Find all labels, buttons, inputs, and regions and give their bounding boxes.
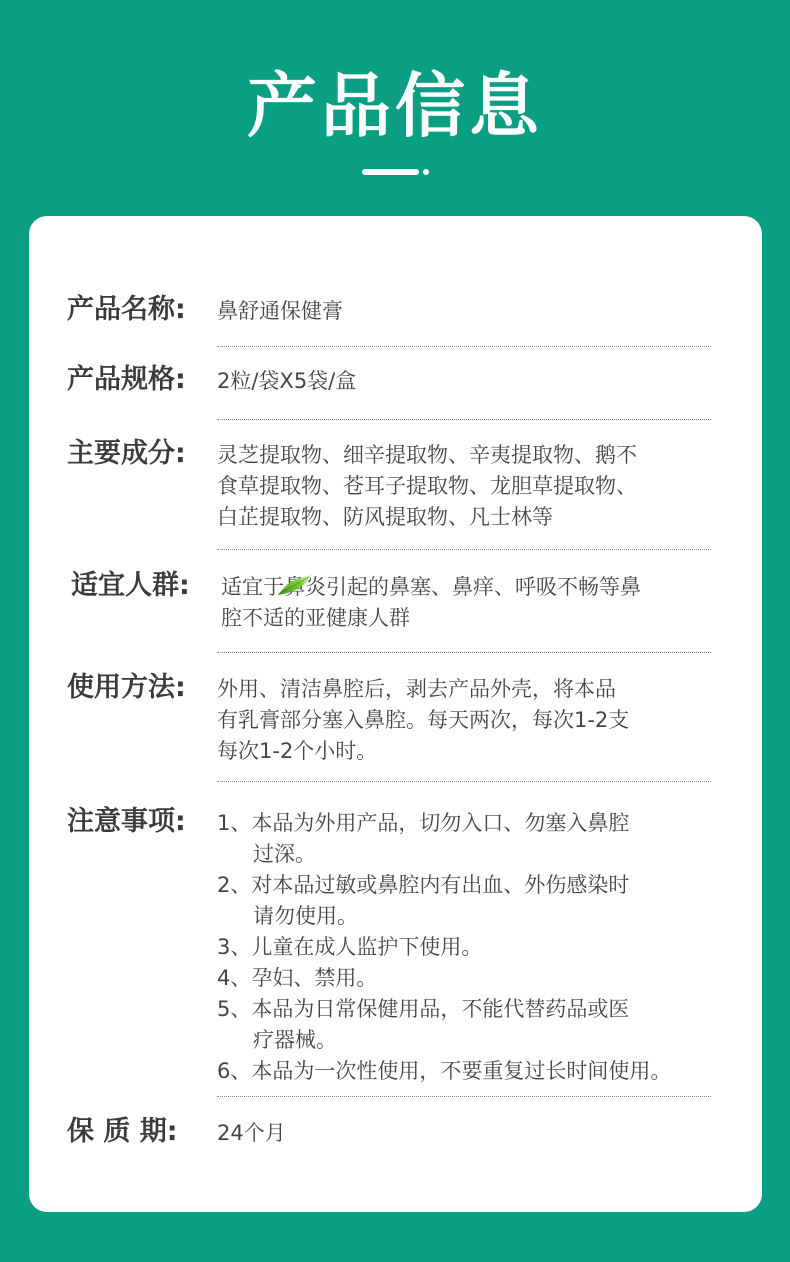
divider	[217, 781, 711, 782]
field-value: 外用、清洁鼻腔后，剥去产品外壳，将本品 有乳膏部分塞入鼻腔。每天两次，每次1-2…	[217, 674, 737, 767]
divider	[217, 1096, 711, 1097]
divider	[217, 652, 711, 653]
value-line: 外用、清洁鼻腔后，剥去产品外壳，将本品	[217, 674, 737, 705]
field-label: 注意事项:	[67, 806, 186, 838]
value-line: 腔不适的亚健康人群	[221, 603, 741, 634]
value-line: 鼻舒通保健膏	[217, 296, 737, 327]
field-value: 灵芝提取物、细辛提取物、辛夷提取物、鹅不 食草提取物、苍耳子提取物、龙胆草提取物…	[217, 440, 737, 533]
note-item-continued: 疗器械。	[217, 1025, 737, 1056]
note-item: 6、本品为一次性使用，不要重复过长时间使用。	[217, 1056, 737, 1087]
value-line: 每次1-2个小时。	[217, 736, 737, 767]
field-label: 主要成分:	[67, 438, 186, 470]
divider	[217, 419, 711, 420]
underline-bar	[362, 169, 419, 175]
value-line: 灵芝提取物、细辛提取物、辛夷提取物、鹅不	[217, 440, 737, 471]
title-underline-decoration	[362, 169, 432, 176]
note-item: 1、本品为外用产品，切勿入口、勿塞入鼻腔	[217, 808, 737, 839]
value-line: 2粒/袋X5袋/盒	[217, 366, 737, 397]
value-line: 有乳膏部分塞入鼻腔。每天两次，每次1-2支	[217, 705, 737, 736]
divider	[217, 549, 711, 550]
value-line: 食草提取物、苍耳子提取物、龙胆草提取物、	[217, 471, 737, 502]
note-item-continued: 过深。	[217, 839, 737, 870]
page-title: 产品信息	[0, 64, 790, 148]
field-label: 产品名称:	[67, 294, 186, 326]
underline-dot	[423, 169, 429, 175]
field-value: 24个月	[217, 1118, 737, 1149]
note-item: 3、儿童在成人监护下使用。	[217, 932, 737, 963]
field-value: 鼻舒通保健膏	[217, 296, 737, 327]
field-label: 使用方法:	[67, 672, 186, 704]
value-line: 24个月	[217, 1118, 737, 1149]
divider	[217, 346, 711, 347]
leaf-icon	[276, 573, 316, 593]
field-label: 保 质 期:	[67, 1116, 178, 1148]
field-label: 产品规格:	[67, 364, 186, 396]
value-line: 白芷提取物、防风提取物、凡士林等	[217, 502, 737, 533]
field-label: 适宜人群:	[71, 570, 190, 602]
note-item-continued: 请勿使用。	[217, 901, 737, 932]
field-value: 1、本品为外用产品，切勿入口、勿塞入鼻腔 过深。 2、对本品过敏或鼻腔内有出血、…	[217, 808, 737, 1087]
field-value: 2粒/袋X5袋/盒	[217, 366, 737, 397]
note-item: 2、对本品过敏或鼻腔内有出血、外伤感染时	[217, 870, 737, 901]
note-item: 4、孕妇、禁用。	[217, 963, 737, 994]
product-info-card: 产品名称: 鼻舒通保健膏 产品规格: 2粒/袋X5袋/盒 主要成分: 灵芝提取物…	[29, 216, 762, 1212]
note-item: 5、本品为日常保健用品，不能代替药品或医	[217, 994, 737, 1025]
